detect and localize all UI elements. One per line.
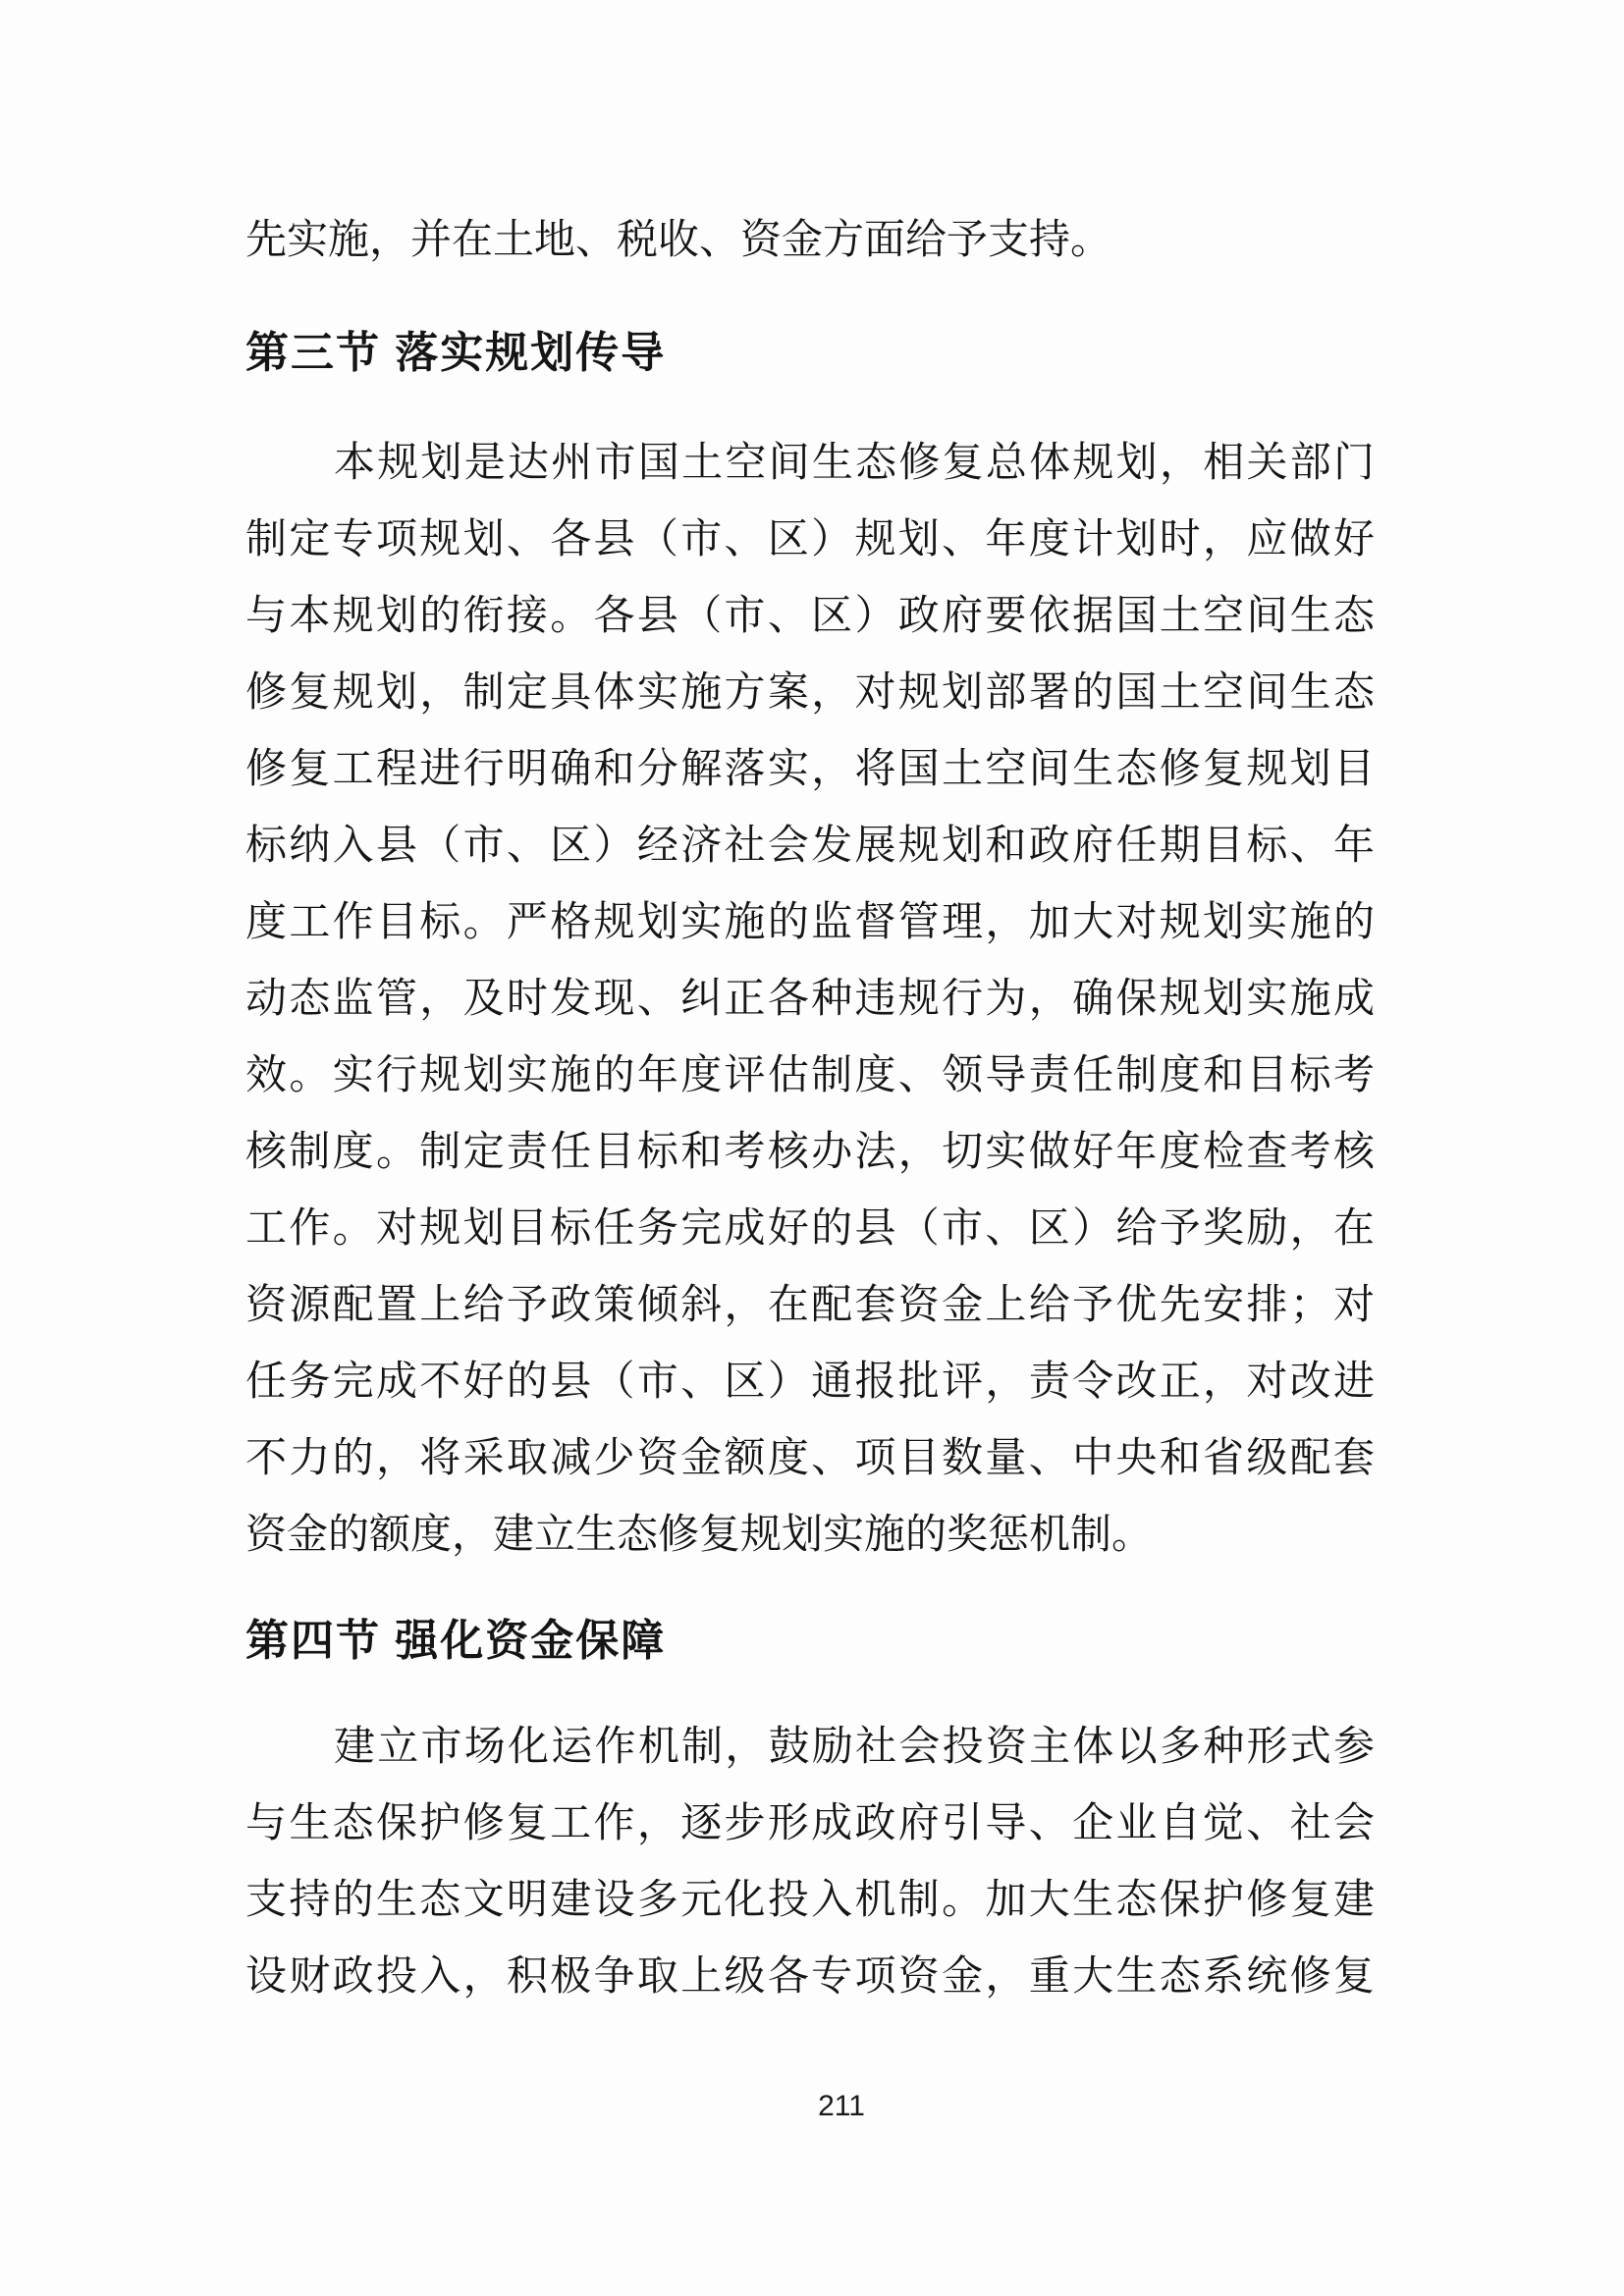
body-line: 与生态保护修复工作，逐步形成政府引导、企业自觉、社会 xyxy=(245,1786,1375,1862)
continuation-line: 先实施，并在土地、税收、资金方面给予支持。 xyxy=(245,202,1375,279)
body-line: 与本规划的衔接。各县（市、区）政府要依据国土空间生态 xyxy=(245,578,1375,655)
document-page: 先实施，并在土地、税收、资金方面给予支持。 第三节 落实规划传导 本规划是达州市… xyxy=(0,0,1624,2296)
document-content: 先实施，并在土地、税收、资金方面给予支持。 第三节 落实规划传导 本规划是达州市… xyxy=(245,202,1375,2015)
body-line: 修复工程进行明确和分解落实，将国土空间生态修复规划目 xyxy=(245,731,1375,808)
body-line: 建立市场化运作机制，鼓励社会投资主体以多种形式参 xyxy=(245,1709,1375,1786)
page-number: 211 xyxy=(29,2087,1624,2126)
body-line: 支持的生态文明建设多元化投入机制。加大生态保护修复建 xyxy=(245,1862,1375,1939)
body-line: 资源配置上给予政策倾斜，在配套资金上给予优先安排；对 xyxy=(245,1267,1375,1344)
body-line: 本规划是达州市国土空间生态修复总体规划，相关部门 xyxy=(245,425,1375,502)
body-line: 设财政投入，积极争取上级各专项资金，重大生态系统修复 xyxy=(245,1939,1375,2015)
section-4-paragraph: 建立市场化运作机制，鼓励社会投资主体以多种形式参 与生态保护修复工作，逐步形成政… xyxy=(245,1709,1375,2015)
body-line: 标纳入县（市、区）经济社会发展规划和政府任期目标、年 xyxy=(245,808,1375,884)
section-3-heading: 第三节 落实规划传导 xyxy=(245,315,1375,392)
body-line: 度工作目标。严格规划实施的监督管理，加大对规划实施的 xyxy=(245,884,1375,961)
body-line: 制定专项规划、各县（市、区）规划、年度计划时，应做好 xyxy=(245,502,1375,578)
body-line: 不力的，将采取减少资金额度、项目数量、中央和省级配套 xyxy=(245,1420,1375,1497)
body-line: 资金的额度，建立生态修复规划实施的奖惩机制。 xyxy=(245,1497,1375,1574)
body-line: 修复规划，制定具体实施方案，对规划部署的国土空间生态 xyxy=(245,655,1375,731)
body-line: 效。实行规划实施的年度评估制度、领导责任制度和目标考 xyxy=(245,1038,1375,1114)
body-line: 工作。对规划目标任务完成好的县（市、区）给予奖励，在 xyxy=(245,1191,1375,1267)
section-3-paragraph: 本规划是达州市国土空间生态修复总体规划，相关部门 制定专项规划、各县（市、区）规… xyxy=(245,425,1375,1574)
body-line: 任务完成不好的县（市、区）通报批评，责令改正，对改进 xyxy=(245,1344,1375,1420)
body-line: 核制度。制定责任目标和考核办法，切实做好年度检查考核 xyxy=(245,1114,1375,1191)
section-4-heading: 第四节 强化资金保障 xyxy=(245,1603,1375,1680)
body-line: 动态监管，及时发现、纠正各种违规行为，确保规划实施成 xyxy=(245,961,1375,1038)
